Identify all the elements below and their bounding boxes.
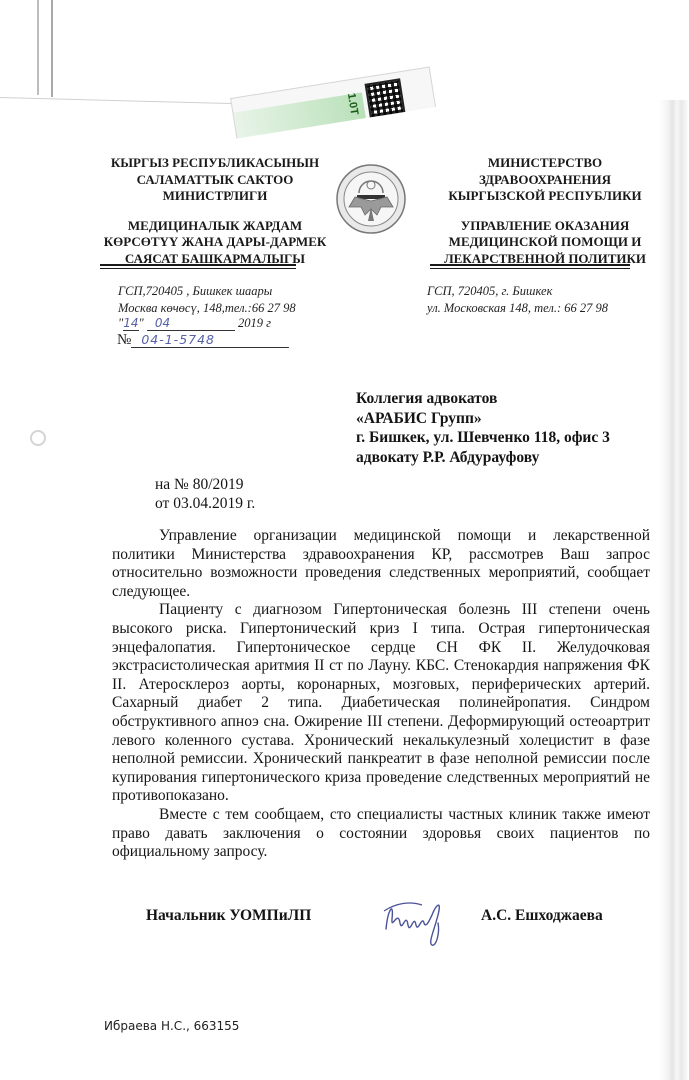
hole-punch-icon <box>30 430 46 446</box>
recipient-person: адвокату Р.Р. Абдурауфову <box>356 448 610 468</box>
letterhead-divider <box>430 264 630 269</box>
recipient-block: Коллегия адвокатов «АРАБИС Групп» г. Биш… <box>356 389 610 467</box>
department-name-russian: УПРАВЛЕНИЕ ОКАЗАНИЯ МЕДИЦИНСКОЙ ПОМОЩИ И… <box>420 218 670 268</box>
recipient-address: г. Бишкек, ул. Шевченко 118, офис 3 <box>356 428 610 448</box>
date-month: 04 <box>147 316 235 331</box>
reference-number: на № 80/2019 <box>155 475 255 494</box>
executor-contact: Ибраева Н.С., 663155 <box>104 1019 239 1033</box>
body-paragraph: Вместе с тем сообщаем, сто специалисты ч… <box>112 806 650 862</box>
body-paragraph: Управление организации медицинской помощ… <box>112 527 650 601</box>
department-name-kyrgyz: МЕДИЦИНАЛЫК ЖАРДАМ КӨРСӨТҮҮ ЖАНА ДАРЫ-ДА… <box>95 218 335 268</box>
address-kyrgyz: ГСП,720405 , Бишкек шаары Москва көчөсү,… <box>118 283 296 317</box>
outgoing-number-value: 04-1-5748 <box>131 332 289 348</box>
signatory-title: Начальник УОМПиЛП <box>146 907 311 925</box>
qr-code-icon <box>365 78 406 119</box>
recipient-org: Коллегия адвокатов <box>356 389 610 409</box>
recipient-org-name: «АРАБИС Групп» <box>356 409 610 429</box>
ministry-name-kyrgyz: КЫРГЫЗ РЕСПУБЛИКАСЫНЫН САЛАМАТТЫК САКТОО… <box>95 155 335 205</box>
handwritten-signature-icon <box>376 889 456 949</box>
number-sign: № <box>117 332 131 348</box>
signatory-name: А.С. Ешходжаева <box>481 907 603 925</box>
receipt-strip: 1.0T <box>230 67 436 139</box>
date-year: 2019 г <box>238 316 271 330</box>
address-russian: ГСП, 720405, г. Бишкек ул. Московская 14… <box>427 283 608 317</box>
letterhead-kyrgyz: КЫРГЫЗ РЕСПУБЛИКАСЫНЫН САЛАМАТТЫК САКТОО… <box>95 155 335 280</box>
background-page-edge <box>37 0 39 95</box>
body-paragraph: Пациенту с диагнозом Гипертоническая бол… <box>112 601 650 806</box>
outgoing-date: "14" 04 2019 г <box>118 316 288 331</box>
date-day: 14 <box>123 316 138 331</box>
letter-body: Управление организации медицинской помощ… <box>112 527 650 862</box>
background-page-edge <box>51 0 53 97</box>
signature-block: Начальник УОМПиЛП А.С. Ешходжаева <box>146 905 626 965</box>
reference-block: на № 80/2019 от 03.04.2019 г. <box>155 475 255 513</box>
outgoing-number: №04-1-5748 <box>117 332 289 349</box>
reference-date: от 03.04.2019 г. <box>155 494 255 513</box>
ministry-name-russian: МИНИСТЕРСТВО ЗДРАВООХРАНЕНИЯ КЫРГЫЗСКОЙ … <box>420 155 670 205</box>
letterhead-russian: МИНИСТЕРСТВО ЗДРАВООХРАНЕНИЯ КЫРГЫЗСКОЙ … <box>420 155 670 280</box>
letterhead-divider <box>100 264 296 269</box>
background-page-edge <box>0 97 240 104</box>
state-emblem-icon <box>335 163 407 235</box>
